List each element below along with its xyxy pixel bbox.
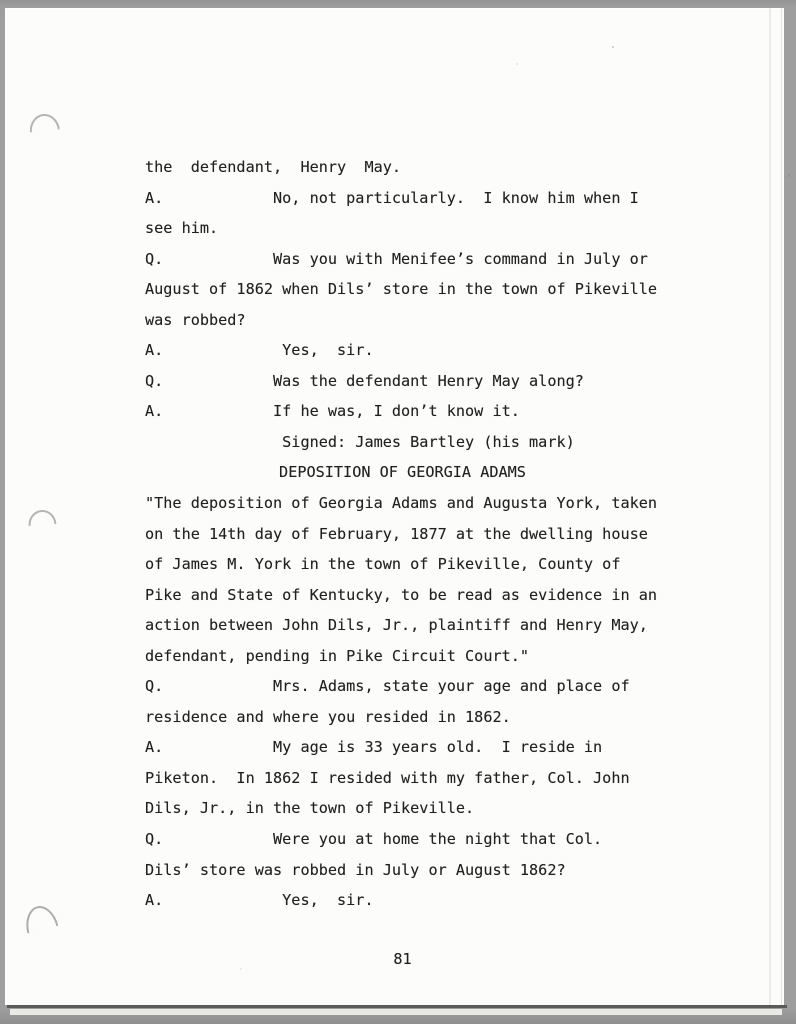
transcript-line: A. No, not particularly. I know him when…: [145, 183, 660, 214]
transcript-line: August of 1862 when Dils’ store in the t…: [145, 274, 660, 305]
punch-hole-arc-mark-top: [28, 112, 60, 132]
paper-crease: [769, 8, 771, 1005]
transcript-line: Signed: James Bartley (his mark): [145, 427, 660, 458]
scan-speck: [516, 63, 518, 65]
transcript-line: Pike and State of Kentucky, to be read a…: [145, 580, 660, 611]
transcript-line: DEPOSITION OF GEORGIA ADAMS: [145, 457, 660, 488]
page-number: 81: [145, 950, 660, 968]
scan-speck: [612, 46, 614, 48]
scan-speck: [240, 968, 242, 970]
transcript-line: Q. Mrs. Adams, state your age and place …: [145, 671, 660, 702]
page-right-edge: [781, 8, 782, 1005]
transcript-line: action between John Dils, Jr., plaintiff…: [145, 610, 660, 641]
transcript-lines: the defendant, Henry May.A. No, not part…: [145, 152, 660, 916]
transcript-line: Dils’ store was robbed in July or August…: [145, 855, 660, 886]
punch-hole-arc-mark-middle: [28, 509, 57, 526]
underlying-sheet-edge: [10, 1009, 782, 1015]
transcript-line: A. Yes, sir.: [145, 885, 660, 916]
punch-hole-arc-mark-bottom: [22, 902, 59, 933]
transcript-line: A. If he was, I don’t know it.: [145, 396, 660, 427]
transcript-line: was robbed?: [145, 305, 660, 336]
transcript-line: on the 14th day of February, 1877 at the…: [145, 519, 660, 550]
transcript-line: Q. Was you with Menifee’s command in Jul…: [145, 244, 660, 275]
transcript-line: A. Yes, sir.: [145, 335, 660, 366]
transcript-line: defendant, pending in Pike Circuit Court…: [145, 641, 660, 672]
scan-speck: [788, 174, 790, 177]
transcript-line: A. My age is 33 years old. I reside in: [145, 732, 660, 763]
transcript-line: "The deposition of Georgia Adams and Aug…: [145, 488, 660, 519]
transcript-line: the defendant, Henry May.: [145, 152, 660, 183]
transcript-line: Piketon. In 1862 I resided with my fathe…: [145, 763, 660, 794]
transcript-line: Q. Was the defendant Henry May along?: [145, 366, 660, 397]
transcript-line: of James M. York in the town of Pikevill…: [145, 549, 660, 580]
transcript-line: Q. Were you at home the night that Col.: [145, 824, 660, 855]
page-bottom-edge-shadow: [7, 1005, 787, 1008]
transcript-line: Dils, Jr., in the town of Pikeville.: [145, 793, 660, 824]
transcript-line: residence and where you resided in 1862.: [145, 702, 660, 733]
transcript-line: see him.: [145, 213, 660, 244]
